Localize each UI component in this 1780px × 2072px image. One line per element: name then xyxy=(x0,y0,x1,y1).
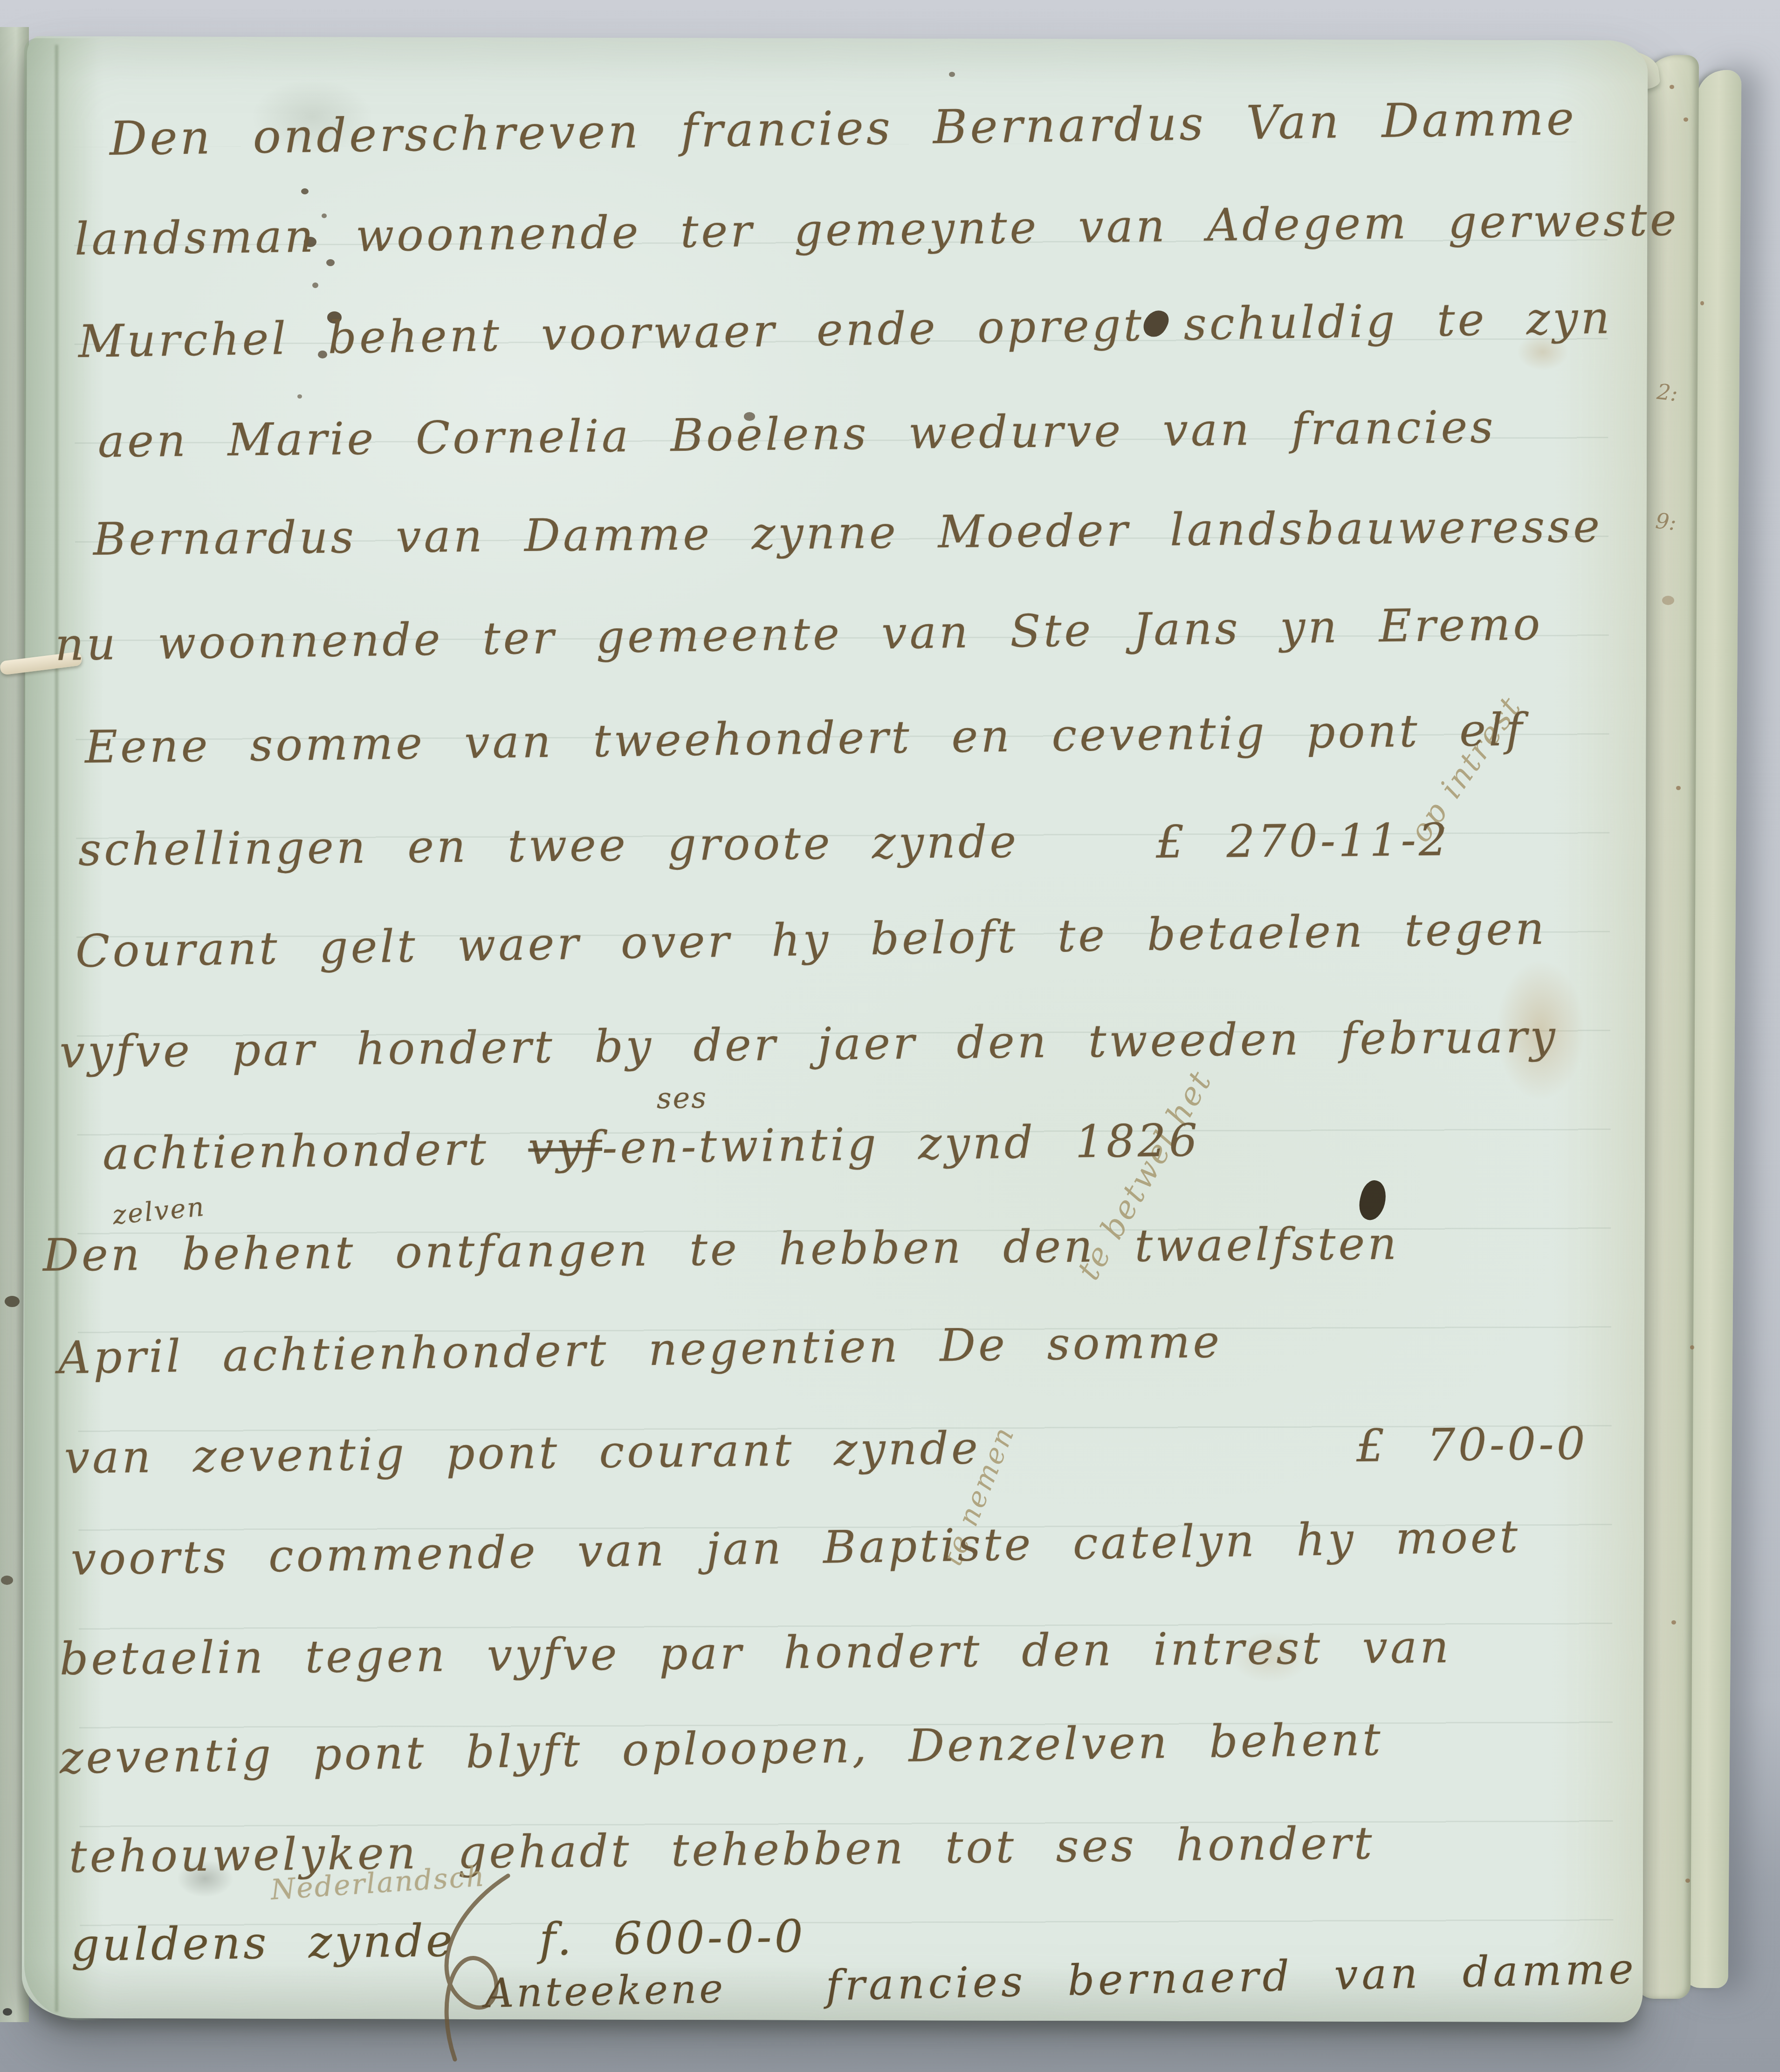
struck-word: vyf xyxy=(528,1122,603,1175)
line-text: -en-twintig zynd 1826 xyxy=(602,1114,1200,1174)
line-text: Den onderschreven francies Bernardus Van… xyxy=(109,91,1577,166)
line-text: Bernardus van Damme zynne Moeder landsba… xyxy=(93,500,1603,565)
handwritten-line: aen Marie Cornelia Boelens wedurve van f… xyxy=(98,406,1496,463)
handwritten-line: Den behent ontfangen te hebben den twael… xyxy=(43,1223,1400,1277)
handwritten-line: vyfve par hondert by der jaer den tweede… xyxy=(60,1015,1559,1074)
handwritten-line: tehouwelyken gehadt tehebben tot ses hon… xyxy=(69,1822,1375,1879)
superscript-insertion: ses xyxy=(656,1084,708,1112)
line-text: Den behent ontfangen te hebben den twael… xyxy=(43,1218,1400,1281)
line-text: achtienhondert xyxy=(102,1122,529,1180)
handwritten-line: nu woonnende ter gemeente van Ste Jans y… xyxy=(55,603,1543,666)
amount-figure: f. 600-0-0 xyxy=(539,1910,806,1966)
handwritten-line: zeventig pont blyft oploopen, Denzelven … xyxy=(59,1718,1383,1779)
handwritten-line: Murchel behent voorwaer ende opregt schu… xyxy=(78,296,1613,363)
handwritten-line: Eene somme van tweehondert en ceventig p… xyxy=(84,709,1525,769)
handwritten-line: achtienhondert vyf-en-twintig zynd 1826 … xyxy=(102,1119,1200,1175)
superscript-insertion: zelven xyxy=(111,1194,206,1228)
handwritten-line: landsman woonnende ter gemeynte van Adeg… xyxy=(74,199,1679,261)
handwritten-line: April achtienhondert negentien De somme xyxy=(58,1321,1222,1379)
handwritten-line: schellingen en twee groote zynde £ 270-1… xyxy=(78,820,1019,871)
line-text: landsman woonnende ter gemeynte van Adeg… xyxy=(74,193,1679,265)
signature: francies bernaerd van damme xyxy=(825,1944,1637,2010)
handwritten-line: voorts commende van jan Baptiste catelyn… xyxy=(70,1515,1520,1581)
line-text: Murchel behent voorwaer ende opregt schu… xyxy=(78,291,1613,368)
line-text: guldens zynde xyxy=(70,1914,455,1971)
handwritten-line: Den onderschreven francies Bernardus Van… xyxy=(109,96,1577,161)
handwritten-line: Courant gelt waer over hy beloft te beta… xyxy=(75,907,1547,973)
handwritten-line: betaelin tegen vyfve par hondert den int… xyxy=(60,1626,1452,1680)
amount-figure: £ 70-0-0 xyxy=(1356,1423,1588,1467)
handwritten-line: van zeventig pont courant zynde £ 70-0-0 xyxy=(64,1427,981,1479)
signature-label: Anteekene xyxy=(484,1965,726,2017)
line-text: tehouwelyken gehadt tehebben tot ses hon… xyxy=(69,1817,1375,1883)
line-text: Eene somme van tweehondert en ceventig p… xyxy=(84,703,1526,773)
line-text: nu woonnende ter gemeente van Ste Jans y… xyxy=(55,598,1543,671)
line-text: Courant gelt waer over hy beloft te beta… xyxy=(75,902,1547,977)
handwritten-text-block: Den onderschreven francies Bernardus Van… xyxy=(0,0,1780,2072)
handwritten-line: Bernardus van Damme zynne Moeder landsba… xyxy=(93,505,1603,561)
line-text: van zeventig pont courant zynde xyxy=(64,1422,981,1484)
line-text: April achtienhondert negentien De somme xyxy=(58,1315,1223,1384)
line-text: zeventig pont blyft oploopen, Denzelven … xyxy=(59,1713,1383,1784)
amount-figure: £ 270-11-2 xyxy=(1156,819,1450,864)
line-text: schellingen en twee groote zynde xyxy=(78,815,1019,876)
line-text: aen Marie Cornelia Boelens wedurve van f… xyxy=(97,401,1496,468)
line-text: betaelin tegen vyfve par hondert den int… xyxy=(60,1621,1452,1685)
line-text: voorts commende van jan Baptiste catelyn… xyxy=(70,1510,1521,1585)
handwritten-line: Nederlandsch guldens zynde f. 600-0-0 xyxy=(70,1915,806,1967)
line-text: vyfve par hondert by der jaer den tweede… xyxy=(59,1010,1558,1078)
scanner-background: op intrest te betwel het te nemen 2: 9: … xyxy=(0,0,1780,2072)
